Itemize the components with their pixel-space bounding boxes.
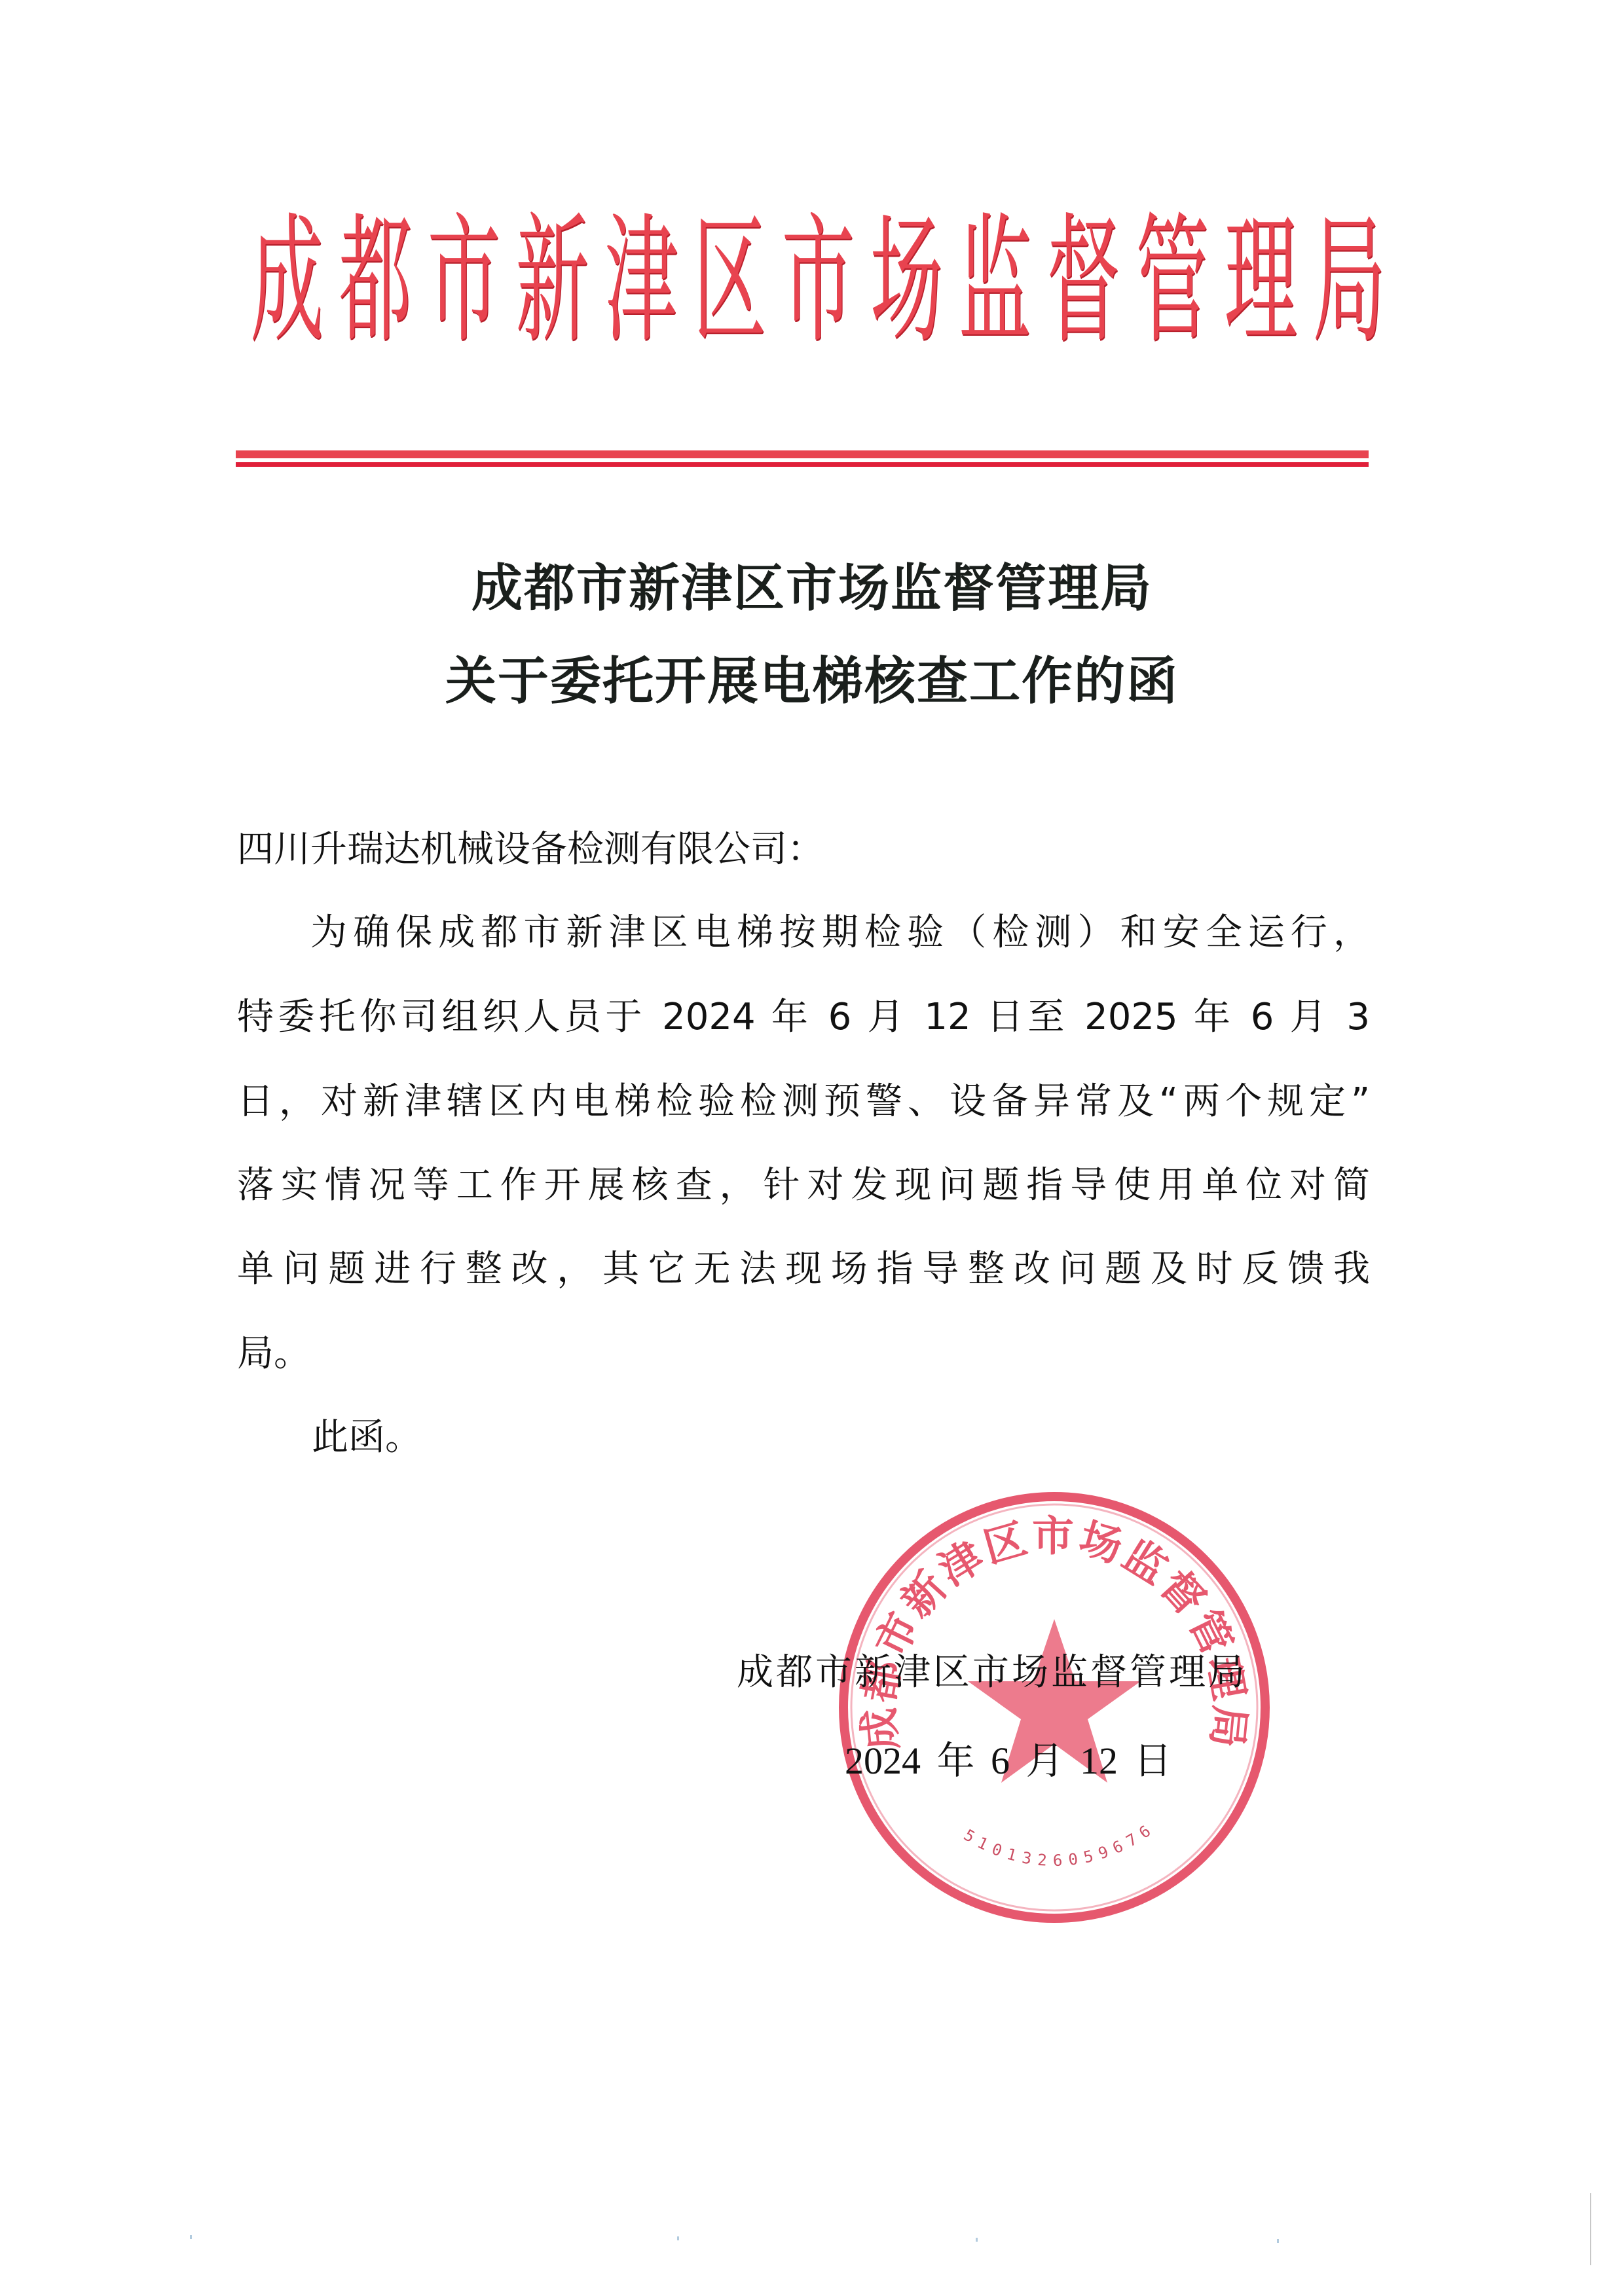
- masthead-char: 理: [1224, 212, 1272, 351]
- masthead-char: 新: [516, 212, 564, 351]
- scan-artifact: [976, 2238, 978, 2242]
- official-seal-icon: 成都市新津区市场监督管理局 5101326059676: [832, 1485, 1277, 1930]
- scan-artifact: [190, 2235, 192, 2239]
- masthead-char: 督: [1047, 212, 1095, 351]
- paragraph-line: 单问题进行整改，其它无法现场指导整改问题及时反馈我: [237, 1251, 1370, 1288]
- scan-artifact: [1277, 2239, 1279, 2243]
- document-title-line-2: 关于委托开展电梯核查工作的函: [0, 656, 1624, 707]
- paragraph-line: 局。: [237, 1336, 1370, 1372]
- masthead-char: 津: [604, 212, 652, 351]
- masthead-char: 市: [428, 212, 475, 351]
- masthead-char: 场: [870, 212, 918, 351]
- masthead-char: 管: [1135, 212, 1183, 351]
- masthead-char: 成: [250, 212, 298, 351]
- masthead-char: 都: [339, 212, 387, 351]
- svg-text:5101326059676: 5101326059676: [961, 1818, 1160, 1870]
- scan-edge-line: [1590, 2193, 1591, 2265]
- paragraph-line: 特委托你司组织人员于 2024 年 6 月 12 日至 2025 年 6 月 3: [237, 999, 1370, 1036]
- masthead-org-name: 成 都 市 新 津 区 市 场 监 督 管 理 局: [236, 196, 1375, 367]
- masthead-char: 区: [693, 212, 741, 351]
- paragraph-line: 为确保成都市新津区电梯按期检验（检测）和安全运行，: [237, 915, 1370, 951]
- signature-org: 成都市新津区市场监督管理局: [737, 1643, 1293, 1696]
- signature-date: 2024 年 6 月 12 日: [845, 1730, 1172, 1785]
- masthead-rule-thick: [236, 450, 1369, 458]
- masthead-rule-thin: [236, 462, 1369, 467]
- document-page: 成 都 市 新 津 区 市 场 监 督 管 理 局 成都市新津区市场监督管理局 …: [0, 0, 1624, 2296]
- masthead-char: 市: [781, 212, 829, 351]
- paragraph-line: 日，对新津辖区内电梯检验检测预警、设备异常及“两个规定”: [237, 1084, 1370, 1120]
- document-title-line-1: 成都市新津区市场监督管理局: [0, 563, 1624, 614]
- paragraph-line: 落实情况等工作开展核查，针对发现问题指导使用单位对简: [237, 1167, 1370, 1204]
- salutation: 四川升瑞达机械设备检测有限公司：: [237, 831, 1370, 868]
- scan-artifact: [677, 2236, 679, 2240]
- masthead-char: 监: [959, 212, 1006, 351]
- closing-remark: 此函。: [312, 1419, 1445, 1456]
- masthead-char: 局: [1312, 212, 1360, 351]
